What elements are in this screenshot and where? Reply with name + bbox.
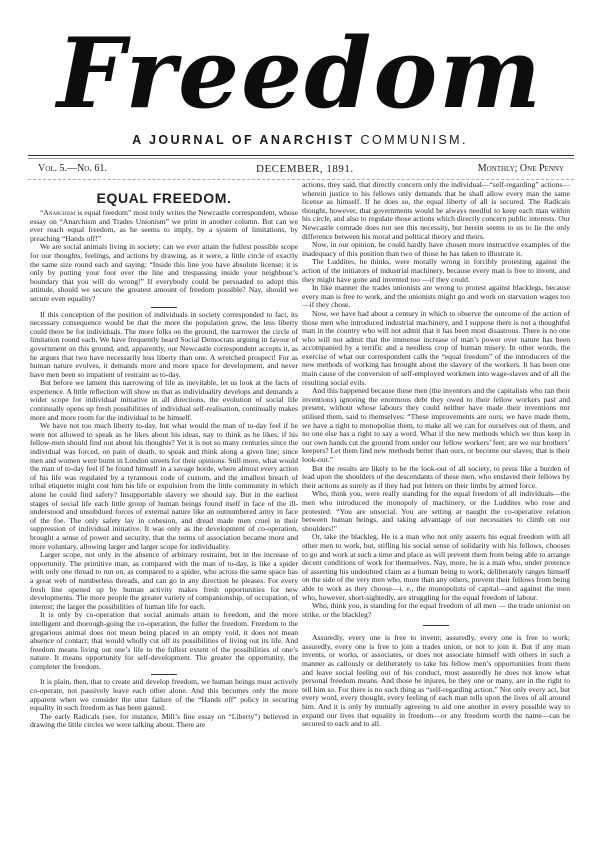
left-column-body: “Anarchism is equal freedom” most truly … bbox=[30, 209, 298, 730]
paragraph-text: We have not too much liberty to-day, but… bbox=[30, 421, 298, 550]
paragraph-text: It is plain, then, that to create and de… bbox=[30, 677, 298, 712]
issue-price: Monthly; One Penny bbox=[478, 163, 564, 174]
paragraph-text: But before we lament this narrowing of l… bbox=[30, 378, 298, 421]
paragraph: actions, they said, that directly concer… bbox=[302, 181, 570, 241]
header-rule bbox=[28, 155, 574, 156]
paragraph: Who, think you, were really standing for… bbox=[302, 490, 570, 533]
paragraph: Or, take the blackleg. He is a man who n… bbox=[302, 533, 570, 602]
paragraph-text: We are social animals living in society;… bbox=[30, 242, 298, 303]
paragraph: Who, think you, is standing for the equa… bbox=[302, 602, 570, 619]
paragraph: We have not too much liberty to-day, but… bbox=[30, 422, 298, 551]
paragraph: The early Radicals (see, for instance, M… bbox=[30, 713, 298, 730]
paragraph-text: It is only by co-operation that social a… bbox=[30, 610, 298, 671]
paragraph: “Anarchism is equal freedom” most truly … bbox=[30, 209, 298, 243]
right-column-body: actions, they said, that directly concer… bbox=[302, 181, 570, 729]
issue-volume: Vol. 5.—No. 61. bbox=[38, 163, 107, 174]
paragraph-text: Who, think you, is standing for the equa… bbox=[302, 601, 570, 619]
paragraph-text: In like manner the trades unionists are … bbox=[302, 283, 570, 309]
masthead-title: Freedom bbox=[0, 20, 600, 128]
paragraph: And this happened because these men (the… bbox=[302, 387, 570, 464]
paragraph-text: But the results are likely to be the loo… bbox=[302, 464, 570, 490]
paragraph: If this conception of the position of in… bbox=[30, 311, 298, 380]
paragraph-text: The early Radicals (see, for instance, M… bbox=[30, 712, 298, 730]
paragraph-text: If this conception of the position of in… bbox=[30, 310, 298, 379]
section-divider bbox=[151, 307, 177, 308]
right-column: actions, they said, that directly concer… bbox=[302, 181, 570, 729]
paragraph: In like manner the trades unionists are … bbox=[302, 284, 570, 310]
issue-date: DECEMBER, 1891. bbox=[256, 163, 354, 175]
article-title: EQUAL FREEDOM. bbox=[30, 190, 298, 206]
paragraph-text: Now, we have had about a century in whic… bbox=[302, 309, 570, 387]
paragraph: Now, in our opinion, he could hardly hav… bbox=[302, 241, 570, 258]
masthead: Freedom bbox=[0, 20, 600, 128]
header-rule-thin bbox=[28, 158, 574, 159]
paragraph: Assuredly, every one is free to invent; … bbox=[302, 634, 570, 729]
paragraph-text: Or, take the blackleg. He is a man who n… bbox=[302, 532, 570, 601]
paragraph: It is plain, then, that to create and de… bbox=[30, 678, 298, 712]
paragraph: Now, we have had about a century in whic… bbox=[302, 310, 570, 387]
paragraph: We are social animals living in society;… bbox=[30, 243, 298, 303]
paragraph-text: Assuredly, every one is free to invent; … bbox=[302, 633, 570, 728]
paragraph: But before we lament this narrowing of l… bbox=[30, 379, 298, 422]
paragraph-text: Who, think you, were really standing for… bbox=[302, 489, 570, 532]
paragraph: It is only by co-operation that social a… bbox=[30, 611, 298, 671]
subtitle-part-2: COMMUNISM. bbox=[361, 133, 468, 147]
paragraph-text: Now, in our opinion, he could hardly hav… bbox=[302, 240, 570, 258]
paragraph-text: The Luddites, he thinks, were morally wr… bbox=[302, 257, 570, 283]
section-divider bbox=[151, 674, 177, 675]
paragraph-text: And this happened because these men (the… bbox=[302, 386, 570, 464]
issue-line: Vol. 5.—No. 61. DECEMBER, 1891. Monthly;… bbox=[38, 163, 564, 177]
paragraph: The Luddites, he thinks, were morally wr… bbox=[302, 258, 570, 284]
paragraph: Larger scope, not only in the absence of… bbox=[30, 551, 298, 611]
left-column: EQUAL FREEDOM. “Anarchism is equal freed… bbox=[30, 190, 298, 730]
section-divider bbox=[423, 625, 449, 626]
paragraph-text: Larger scope, not only in the absence of… bbox=[30, 550, 298, 611]
paragraph-text: actions, they said, that directly concer… bbox=[302, 180, 570, 241]
paragraph: But the results are likely to be the loo… bbox=[302, 465, 570, 491]
subtitle: A JOURNAL OF ANARCHIST COMMUNISM. bbox=[0, 133, 600, 147]
subtitle-part-1: A JOURNAL OF ANARCHIST bbox=[132, 133, 354, 147]
